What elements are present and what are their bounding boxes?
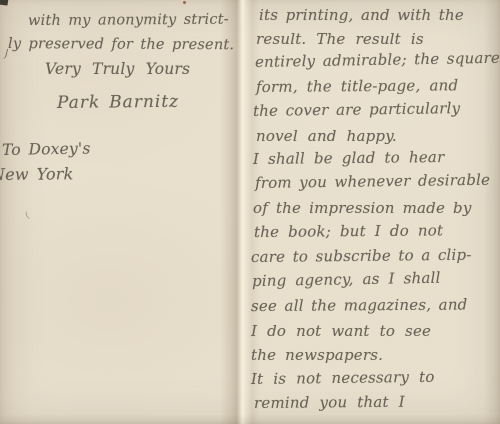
body-line: from you whenever desirable: [255, 171, 490, 192]
page-edge-shadow-bottom: [0, 414, 500, 424]
body-line: entirely admirable; the square: [255, 49, 500, 71]
body-line: the cover are particularly: [253, 99, 461, 120]
body-line: ly preserved for the present.: [8, 36, 234, 53]
body-line: see all the magazines, and: [251, 295, 468, 315]
body-line: I shall be glad to hear: [253, 148, 445, 168]
body-line: of the impression made by: [253, 199, 472, 217]
body-line: with my anonymity strict-: [28, 12, 229, 29]
closing-line: Very Truly Yours: [45, 60, 190, 78]
signature: Park Barnitz: [57, 92, 179, 113]
letter-scan: with my anonymity strict- ly preserved f…: [0, 0, 500, 424]
body-line: I do not want to see: [251, 322, 431, 340]
body-line: novel and happy.: [256, 127, 397, 145]
body-line: form, the title-page, and: [256, 76, 458, 96]
body-line: the book; but I do not: [254, 221, 443, 241]
body-line: its printing, and with the: [259, 6, 464, 24]
body-line: ping agency, as I shall: [252, 269, 441, 290]
ink-fragment: [25, 209, 34, 220]
body-line: care to subscribe to a clip-: [251, 246, 472, 266]
body-line: remind you that I: [254, 393, 405, 412]
body-line: result. The result is: [256, 30, 424, 48]
ink-speck: [183, 1, 186, 4]
body-line: It is not necessary to: [251, 368, 435, 388]
addressee-name: To Doxey's: [2, 139, 91, 159]
ink-corner-mark: [0, 0, 8, 6]
body-line: the newspapers.: [251, 346, 383, 364]
addressee-city: New York: [0, 164, 74, 184]
